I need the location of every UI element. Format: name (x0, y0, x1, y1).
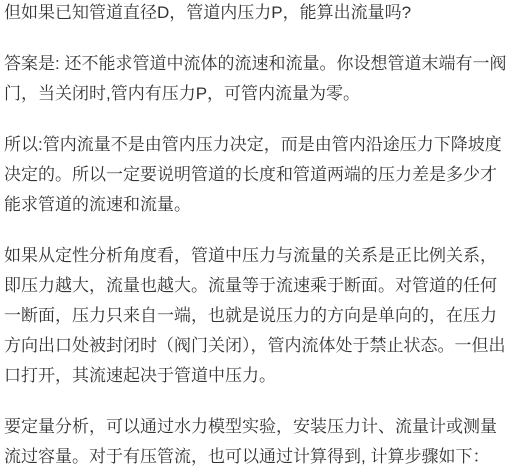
paragraph-answer: 答案是: 还不能求管道中流体的流速和流量。你设想管道末端有一阀门，当关闭时,管内… (4, 49, 512, 109)
paragraph-conclusion: 所以:管内流量不是由管内压力决定，而是由管内沿途压力下降坡度决定的。所以一定要说… (4, 130, 512, 220)
paragraph-qualitative-analysis: 如果从定性分析角度看，管道中压力与流量的关系是正比例关系，即压力越大，流量也越大… (4, 241, 512, 391)
document-page: 但如果已知管道直径D，管道内压力P，能算出流量吗? 答案是: 还不能求管道中流体… (0, 0, 515, 467)
paragraph-question: 但如果已知管道直径D，管道内压力P，能算出流量吗? (4, 0, 512, 28)
paragraph-quantitative-analysis: 要定量分析，可以通过水力模型实验，安装压力计、流量计或测量流过容量。对于有压管流… (4, 412, 512, 467)
